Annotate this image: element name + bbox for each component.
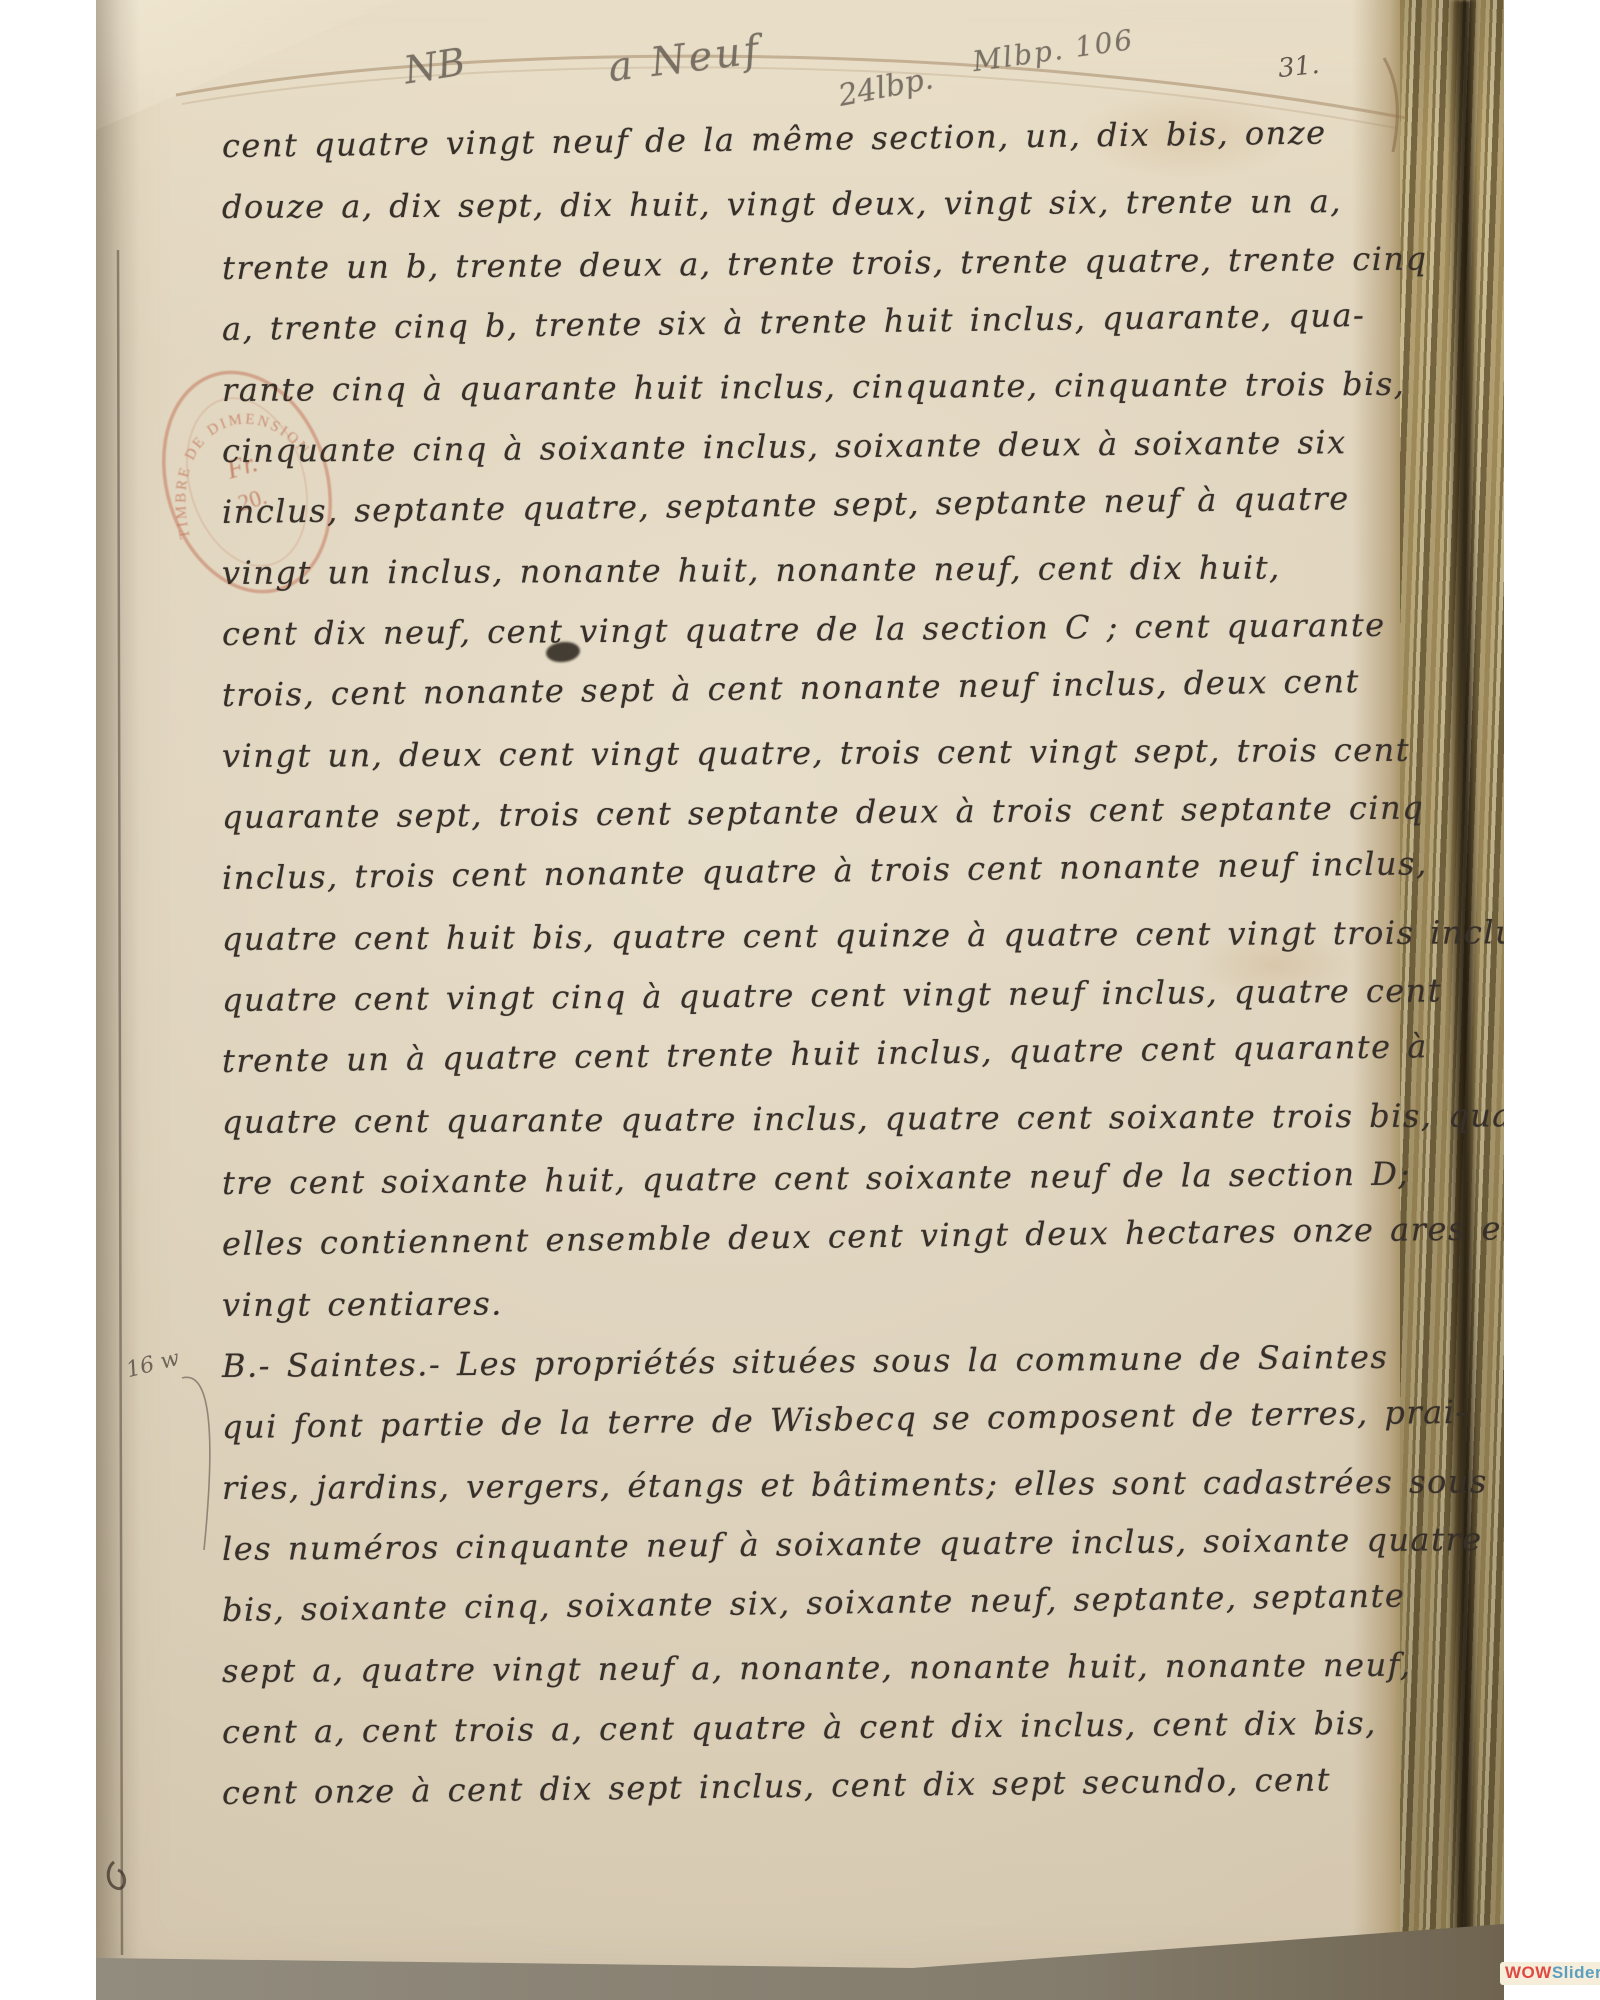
manuscript-line: vingt un inclus, nonante huit, nonante n… — [222, 537, 1432, 604]
manuscript-line: vingt centiares. — [222, 1269, 1432, 1336]
page-number: 31. — [1277, 50, 1321, 84]
page-edge-crevice — [1448, 0, 1478, 2000]
watermark-text-slider: Slider — [1552, 1963, 1600, 1982]
manuscript-line: vingt un, deux cent vingt quatre, trois … — [222, 720, 1432, 787]
manuscript-line: quatre cent quarante quatre inclus, quat… — [222, 1086, 1432, 1153]
manuscript-text-block: cent quatre vingt neuf de la même sectio… — [222, 116, 1432, 1824]
manuscript-line: cent quatre vingt neuf de la même sectio… — [222, 101, 1433, 177]
manuscript-line: rante cinq à quarante huit inclus, cinqu… — [222, 354, 1432, 421]
manuscript-page-photo: NB a Neuf 24lbp. Mlbp. 106 31. 16 w TIMB… — [96, 0, 1504, 2000]
manuscript-line: sept a, quatre vingt neuf a, nonante, no… — [222, 1635, 1432, 1702]
manuscript-line: douze a, dix sept, dix huit, vingt deux,… — [222, 171, 1432, 238]
manuscript-line: ries, jardins, vergers, étangs et bâtime… — [222, 1452, 1432, 1519]
book-gutter-shadow — [96, 0, 140, 2000]
wowslider-watermark[interactable]: WOWSlider — [1500, 1962, 1600, 1985]
manuscript-line: quatre cent huit bis, quatre cent quinze… — [222, 903, 1432, 970]
watermark-text-wow: WOW — [1505, 1963, 1552, 1982]
